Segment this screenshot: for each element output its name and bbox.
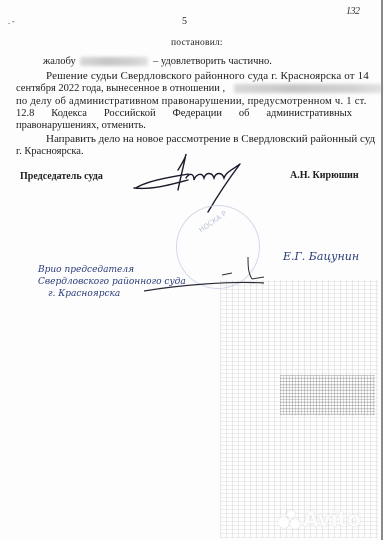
deputy-signature: Е.Г. Бацунин bbox=[283, 250, 359, 263]
remand-line-2: г. Красноярска. bbox=[16, 146, 84, 157]
complaint-suffix: – удовлетворить частично. bbox=[153, 56, 272, 67]
document-page: 132 . - 5 постановил: жалобу – удовлетво… bbox=[0, 0, 381, 540]
redacted-person bbox=[234, 84, 382, 93]
decision-line-2-text: сентября 2022 года, вынесенное в отношен… bbox=[16, 83, 225, 94]
decision-line-5: правонарушениях, отменить. bbox=[16, 120, 146, 131]
scan-noise-dark bbox=[280, 375, 375, 415]
decision-line-4: 12.8 Кодекса Российской Федерации об адм… bbox=[16, 108, 352, 119]
signatory-title: Председатель суда bbox=[20, 171, 103, 182]
decision-line-1: Решение судьи Свердловского районного су… bbox=[46, 70, 369, 82]
ruling-heading: постановил: bbox=[171, 38, 223, 48]
redacted-name bbox=[80, 57, 148, 66]
complaint-prefix: жалобу bbox=[43, 56, 76, 67]
word: Российской bbox=[104, 108, 156, 119]
decision-line-2: сентября 2022 года, вынесенное в отношен… bbox=[16, 83, 382, 94]
signatory-name: А.Н. Кирюшин bbox=[290, 170, 359, 181]
page-edge bbox=[381, 0, 383, 540]
word: Кодекса bbox=[51, 108, 87, 119]
avito-label: Avito bbox=[303, 507, 361, 531]
word: 12.8 bbox=[16, 108, 34, 119]
word: административных bbox=[266, 108, 352, 119]
complaint-line: жалобу – удовлетворить частично. bbox=[43, 56, 272, 67]
decision-line-3: по делу об административном правонарушен… bbox=[16, 96, 367, 107]
word: Федерации bbox=[172, 108, 222, 119]
edge-mark: . - bbox=[8, 17, 15, 26]
stamp-text: НОСКА Р bbox=[198, 210, 229, 235]
page-number: 5 bbox=[182, 16, 187, 27]
avito-logo-icon bbox=[278, 508, 300, 530]
remand-line-1: Направить дело на новое рассмотрение в С… bbox=[46, 133, 375, 145]
archive-number: 132 bbox=[346, 6, 360, 17]
word: об bbox=[239, 108, 250, 119]
avito-watermark: Avito bbox=[278, 507, 361, 531]
